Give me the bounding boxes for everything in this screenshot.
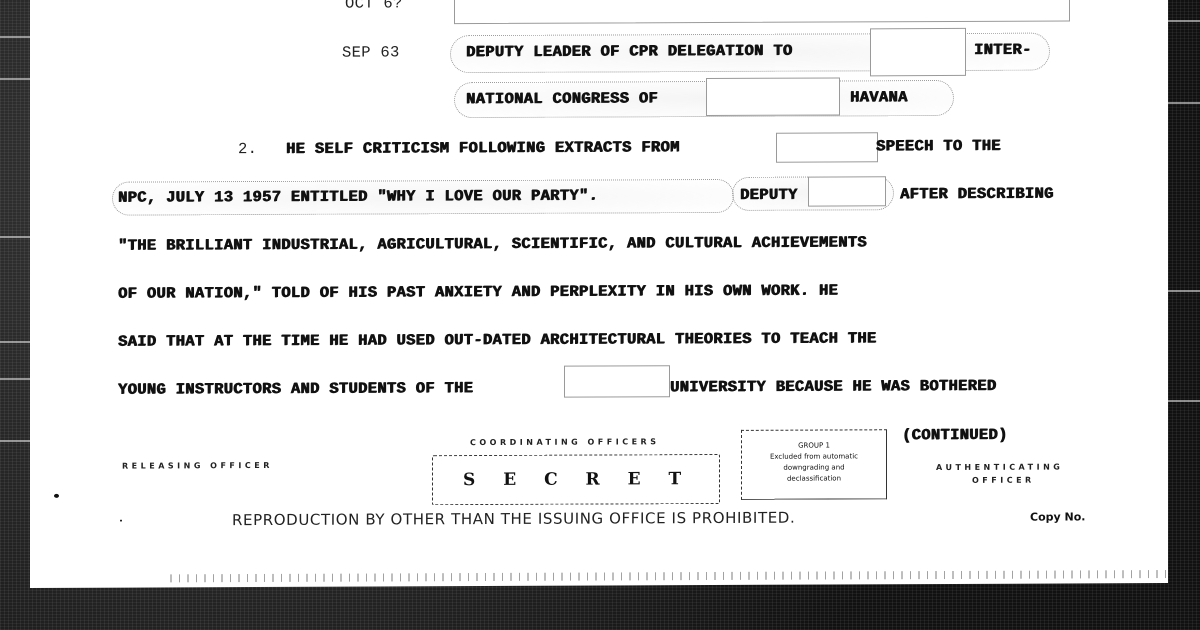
entry-text: NATIONAL CONGRESS OF	[466, 89, 658, 108]
paragraph-line: AFTER DESCRIBING	[900, 185, 1054, 204]
scan-artifact	[0, 78, 34, 80]
paragraph-line: OF OUR NATION," TOLD OF HIS PAST ANXIETY…	[118, 281, 838, 302]
continued-label: (CONTINUED)	[902, 426, 1008, 444]
authenticating-officer-label: OFFICER	[972, 476, 1035, 485]
redaction-box	[870, 28, 966, 76]
document-page: OCT 6? SEP 63 DEPUTY LEADER OF CPR DELEG…	[30, 0, 1168, 588]
reproduction-notice: REPRODUCTION BY OTHER THAN THE ISSUING O…	[232, 509, 795, 529]
authenticating-officer-label: AUTHENTICATING	[936, 462, 1063, 472]
paragraph-line: HE SELF CRITICISM FOLLOWING EXTRACTS FRO…	[286, 138, 680, 158]
group-box-line: declassification	[742, 473, 886, 485]
entry-text: HAVANA	[850, 88, 908, 106]
entry-date: SEP 63	[342, 43, 400, 61]
paragraph-line: "THE BRILLIANT INDUSTRIAL, AGRICULTURAL,…	[118, 233, 867, 254]
entry-text: DEPUTY LEADER OF CPR DELEGATION TO	[466, 42, 792, 61]
scan-artifact	[0, 440, 34, 442]
paragraph-line: SPEECH TO THE	[876, 137, 1001, 156]
scan-artifact	[0, 378, 34, 380]
paragraph-line: SAID THAT AT THE TIME HE HAD USED OUT-DA…	[118, 329, 877, 350]
copy-number-label: Copy No.	[1030, 510, 1085, 523]
entry-date: OCT 6?	[345, 0, 403, 13]
entry-text: INTER-	[974, 41, 1032, 59]
paragraph-line: UNIVERSITY BECAUSE HE WAS BOTHERED	[670, 377, 996, 396]
group-box-line: GROUP 1	[742, 440, 886, 452]
redaction-box	[454, 0, 1070, 24]
redaction-box	[706, 77, 840, 116]
classification-stamp: S E C R E T	[463, 469, 692, 490]
redaction-box	[808, 176, 886, 206]
scan-artifact	[0, 36, 34, 38]
redaction-box	[776, 132, 878, 162]
paragraph-line: DEPUTY	[740, 186, 798, 204]
ink-speck	[120, 520, 122, 522]
scan-noise	[170, 570, 1170, 582]
ink-speck	[54, 494, 59, 498]
paragraph-number: 2.	[238, 140, 257, 158]
redaction-box	[564, 365, 670, 397]
group-box-line: downgrading and	[742, 462, 886, 474]
paragraph-line: YOUNG INSTRUCTORS AND STUDENTS OF THE	[118, 379, 473, 399]
group-1-box: GROUP 1 Excluded from automatic downgrad…	[741, 429, 887, 500]
scan-artifact	[0, 236, 34, 238]
group-box-line: Excluded from automatic	[742, 451, 886, 463]
paragraph-line: NPC, JULY 13 1957 ENTITLED "WHY I LOVE O…	[118, 187, 598, 207]
scan-artifact	[0, 341, 34, 343]
coordinating-officers-label: COORDINATING OFFICERS	[470, 437, 659, 447]
releasing-officer-label: RELEASING OFFICER	[122, 461, 273, 471]
classification-stamp-box: S E C R E T	[432, 454, 720, 505]
